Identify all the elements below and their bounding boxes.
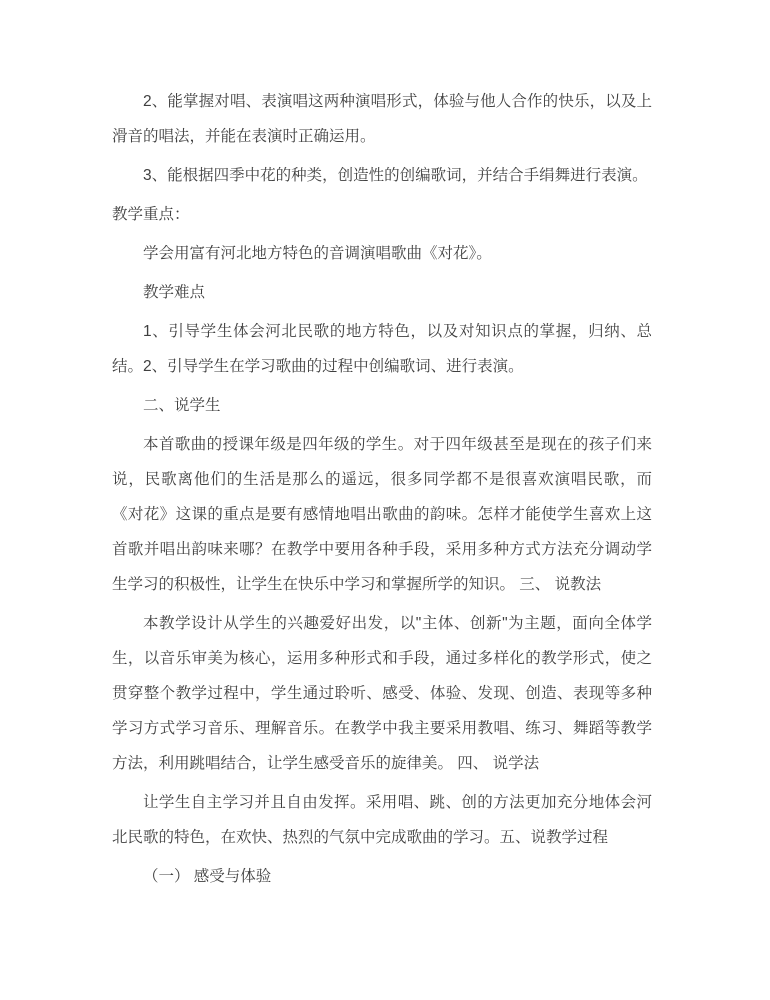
teaching-methods-paragraph: 本教学设计从学生的兴趣爱好出发，以"主体、创新"为主题，面向全体学生，以音乐审美… (112, 606, 652, 781)
subsection-heading-experience: （一） 感受与体验 (112, 859, 652, 894)
document-text-block: 2、能掌握对唱、表演唱这两种演唱形式，体验与他人合作的快乐，以及上滑音的唱法，并… (112, 84, 652, 898)
teaching-focus-content: 学会用富有河北地方特色的音调演唱歌曲《对花》。 (112, 236, 652, 271)
learning-methods-paragraph: 让学生自主学习并且自由发挥。采用唱、跳、创的方法更加充分地体会河北民歌的特色，在… (112, 785, 652, 855)
document-page: 2、能掌握对唱、表演唱这两种演唱形式，体验与他人合作的快乐，以及上滑音的唱法，并… (0, 0, 770, 1000)
heading-teaching-focus: 教学重点： (112, 197, 652, 232)
section-heading-students: 二、说学生 (112, 388, 652, 423)
goal-item-3: 3、能根据四季中花的种类，创造性的创编歌词，并结合手绢舞进行表演。 (112, 158, 652, 193)
goal-item-2: 2、能掌握对唱、表演唱这两种演唱形式，体验与他人合作的快乐，以及上滑音的唱法，并… (112, 84, 652, 154)
students-analysis-paragraph: 本首歌曲的授课年级是四年级的学生。对于四年级甚至是现在的孩子们来说，民歌离他们的… (112, 427, 652, 602)
teaching-difficulty-items: 1、引导学生体会河北民歌的地方特色，以及对知识点的掌握，归纳、总结。2、引导学生… (112, 314, 652, 384)
heading-teaching-difficulty: 教学难点 (112, 275, 652, 310)
